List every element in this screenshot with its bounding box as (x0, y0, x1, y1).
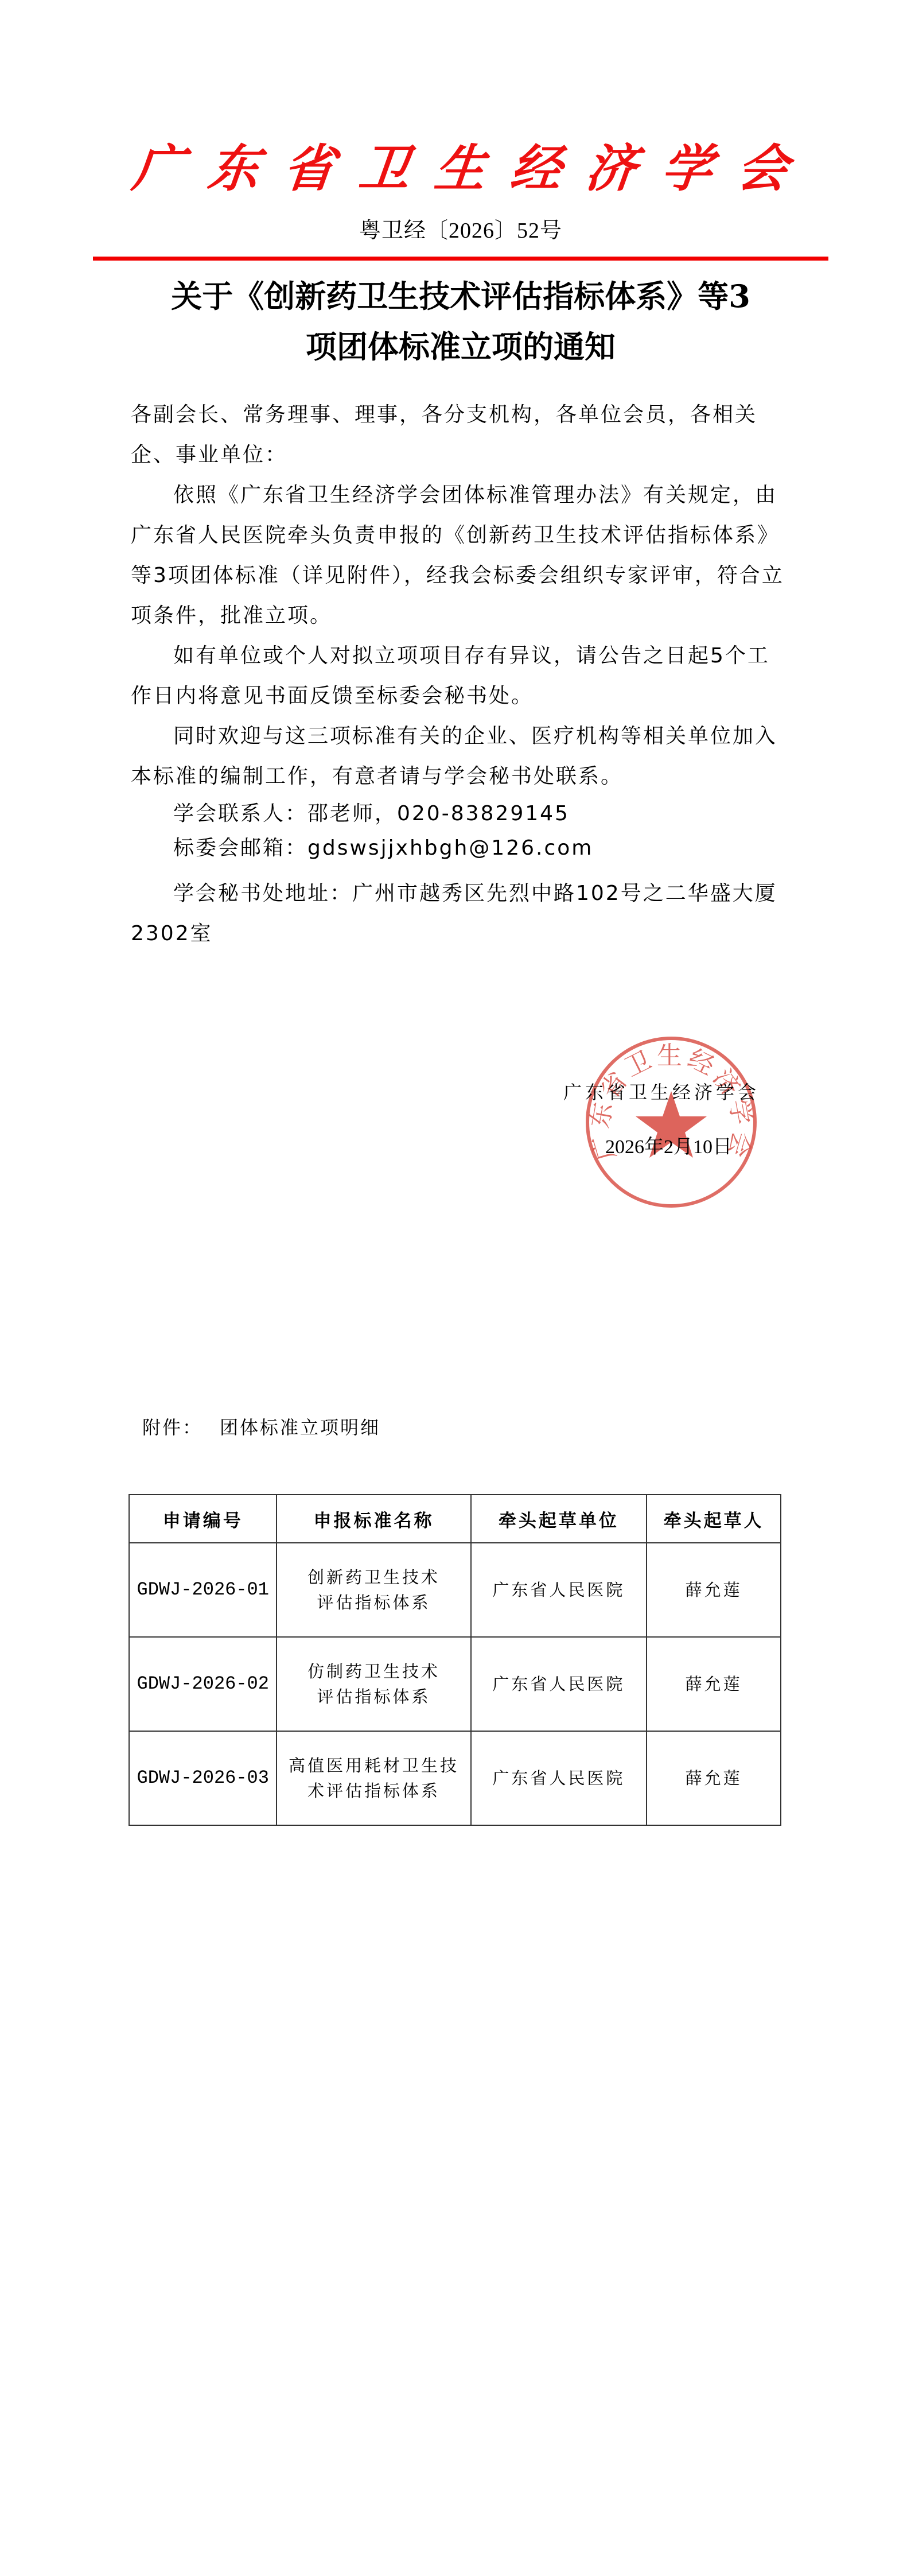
letterhead-char: 东 (205, 129, 263, 201)
cell-person: 薛允莲 (647, 1637, 781, 1731)
cell-code: GDWJ-2026-02 (129, 1637, 277, 1731)
column-header-unit: 牵头起草单位 (471, 1495, 647, 1543)
letterhead-char: 学 (659, 129, 717, 201)
document-title-line-2: 项团体标准立项的通知 (93, 321, 828, 372)
table-row: GDWJ-2026-03 高值医用耗材卫生技术评估指标体系 广东省人民医院 薛允… (129, 1731, 781, 1825)
document-title-line-1: 关于《创新药卫生技术评估指标体系》等3 (93, 271, 828, 321)
cell-unit: 广东省人民医院 (471, 1637, 647, 1731)
letterhead-char: 广 (129, 129, 187, 201)
letterhead-char: 省 (281, 129, 338, 201)
cell-code: GDWJ-2026-01 (129, 1543, 277, 1637)
signature-date: 2026年2月10日 (605, 1131, 732, 1159)
document-number: 粤卫经〔2026〕52号 (93, 212, 828, 244)
column-header-code: 申请编号 (129, 1495, 277, 1543)
address: 学会秘书处地址：广州市越秀区先烈中路102号之二华盛大厦 2302室 (131, 874, 785, 954)
column-header-name: 申报标准名称 (277, 1495, 470, 1543)
signature-org: 广东省卫生经济学会 (563, 1078, 787, 1104)
cell-person: 薛允莲 (647, 1731, 781, 1825)
cell-name: 高值医用耗材卫生技术评估指标体系 (277, 1731, 470, 1825)
letterhead-org-name: 广 东 省 卫 生 经 济 学 会 (93, 133, 828, 196)
body-paragraph: 同时欢迎与这三项标准有关的企业、医疗机构等相关单位加入本标准的编制工作，有意者请… (131, 716, 785, 797)
attachment-caption: 附件：团体标准立项明细 (142, 1413, 380, 1440)
standards-table: 申请编号 申报标准名称 牵头起草单位 牵头起草人 GDWJ-2026-01 创新… (129, 1494, 781, 1826)
cell-name: 仿制药卫生技术评估指标体系 (277, 1637, 470, 1731)
table-header-row: 申请编号 申报标准名称 牵头起草单位 牵头起草人 (129, 1495, 781, 1543)
cell-code: GDWJ-2026-03 (129, 1731, 277, 1825)
body-paragraph: 依照《广东省卫生经济学会团体标准管理办法》有关规定，由广东省人民医院牵头负责申报… (131, 475, 785, 636)
contact-person: 学会联系人：邵老师，020-83829145 (131, 797, 785, 831)
letterhead-char: 会 (734, 129, 792, 201)
cell-name: 创新药卫生技术评估指标体系 (277, 1543, 470, 1637)
document-title: 关于《创新药卫生技术评估指标体系》等3 项团体标准立项的通知 (93, 271, 828, 372)
letterhead-char: 经 (507, 129, 565, 201)
salutation: 各副会长、常务理事、理事，各分支机构，各单位会员，各相关企、事业单位： (131, 395, 785, 475)
letterhead-char: 卫 (356, 129, 414, 201)
official-seal-icon: 广东省卫生经济学会 (584, 1035, 758, 1209)
table-row: GDWJ-2026-02 仿制药卫生技术评估指标体系 广东省人民医院 薛允莲 (129, 1637, 781, 1731)
contact-email: 标委会邮箱：gdswsjjxhbgh@126.com (131, 831, 785, 866)
letterhead-char: 济 (583, 129, 641, 201)
attachment-label: 附件： (142, 1417, 203, 1438)
cell-unit: 广东省人民医院 (471, 1731, 647, 1825)
cell-person: 薛允莲 (647, 1543, 781, 1637)
table-row: GDWJ-2026-01 创新药卫生技术评估指标体系 广东省人民医院 薛允莲 (129, 1543, 781, 1637)
letterhead-char: 生 (431, 129, 489, 201)
letterhead-divider (93, 257, 828, 261)
cell-unit: 广东省人民医院 (471, 1543, 647, 1637)
document-body: 各副会长、常务理事、理事，各分支机构，各单位会员，各相关企、事业单位： 依照《广… (131, 395, 785, 954)
attachment-title: 团体标准立项明细 (220, 1417, 380, 1438)
column-header-person: 牵头起草人 (647, 1495, 781, 1543)
body-paragraph: 如有单位或个人对拟立项项目存有异议，请公告之日起5个工作日内将意见书面反馈至标委… (131, 636, 785, 716)
